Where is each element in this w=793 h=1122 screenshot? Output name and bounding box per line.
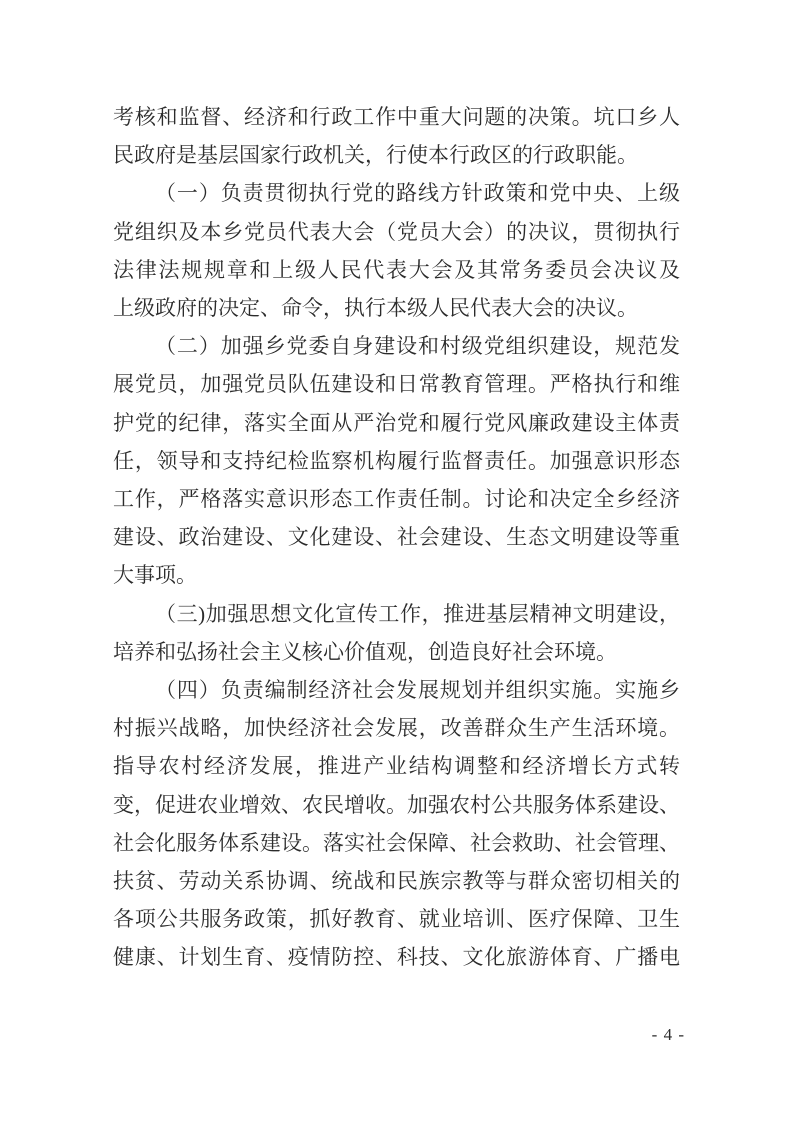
text-line: 村振兴战略，加快经济社会发展，改善群众生产生活环境。	[113, 709, 680, 747]
page-number: - 4 -	[652, 1025, 685, 1045]
text-line: 上级政府的决定、命令，执行本级人民代表大会的决议。	[113, 289, 680, 327]
text-line: 展党员，加强党员队伍建设和日常教育管理。严格执行和维	[113, 365, 680, 403]
text-line: 健康、计划生育、疫情防控、科技、文化旅游体育、广播电	[113, 938, 680, 976]
text-line: （四）负责编制经济社会发展规划并组织实施。实施乡	[113, 671, 680, 709]
text-line: 建设、政治建设、文化建设、社会建设、生态文明建设等重	[113, 518, 680, 556]
document-page: 考核和监督、经济和行政工作中重大问题的决策。坑口乡人民政府是基层国家行政机关，行…	[0, 0, 793, 1122]
document-body: 考核和监督、经济和行政工作中重大问题的决策。坑口乡人民政府是基层国家行政机关，行…	[113, 98, 680, 977]
text-line: 培养和弘扬社会主义核心价值观，创造良好社会环境。	[113, 633, 680, 671]
text-line: 大事项。	[113, 556, 680, 594]
text-line: （三)加强思想文化宣传工作，推进基层精神文明建设，	[113, 595, 680, 633]
text-line: 任，领导和支持纪检监察机构履行监督责任。加强意识形态	[113, 442, 680, 480]
text-line: 工作，严格落实意识形态工作责任制。讨论和决定全乡经济	[113, 480, 680, 518]
text-line: 护党的纪律，落实全面从严治党和履行党风廉政建设主体责	[113, 404, 680, 442]
text-line: 社会化服务体系建设。落实社会保障、社会救助、社会管理、	[113, 824, 680, 862]
text-line: 扶贫、劳动关系协调、统战和民族宗教等与群众密切相关的	[113, 862, 680, 900]
text-line: 考核和监督、经济和行政工作中重大问题的决策。坑口乡人	[113, 98, 680, 136]
text-line: （二）加强乡党委自身建设和村级党组织建设，规范发	[113, 327, 680, 365]
text-line: 各项公共服务政策，抓好教育、就业培训、医疗保障、卫生	[113, 900, 680, 938]
text-line: 民政府是基层国家行政机关，行使本行政区的行政职能。	[113, 136, 680, 174]
text-line: 法律法规规章和上级人民代表大会及其常务委员会决议及	[113, 251, 680, 289]
text-line: 变，促进农业增效、农民增收。加强农村公共服务体系建设、	[113, 786, 680, 824]
text-line: 党组织及本乡党员代表大会（党员大会）的决议，贯彻执行	[113, 213, 680, 251]
text-line: （一）负责贯彻执行党的路线方针政策和党中央、上级	[113, 174, 680, 212]
text-line: 指导农村经济发展，推进产业结构调整和经济增长方式转	[113, 747, 680, 785]
